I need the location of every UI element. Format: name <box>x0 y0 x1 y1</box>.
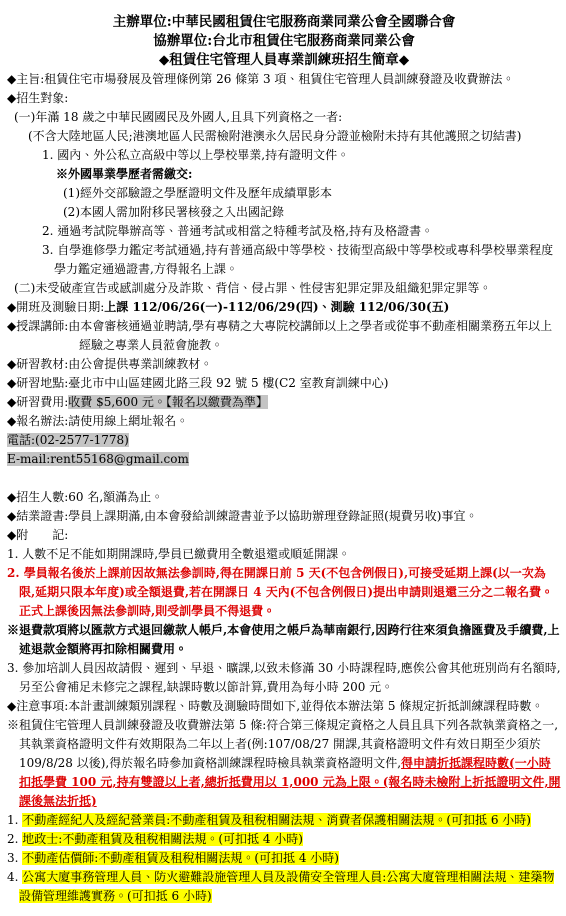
note-3-makeup-class: 3. 參加培訓人員因故請假、遲到、早退、曠課,以致未修滿 30 小時課程時,應俟… <box>7 659 561 697</box>
deduction-item-1: 1. 不動產經紀人及經紀營業員:不動產租賃及租稅相關法規、消費者保護相關法規。(… <box>7 811 561 830</box>
location-line: ◆研習地點:臺北市中山區建國北路三段 92 號 5 樓(C2 室教育訓練中心) <box>7 374 561 393</box>
note-1: 1. 人數不足不能如期開課時,學員已繳費用全數退還或順延開課。 <box>7 545 561 564</box>
deduction-item-text: 地政士:不動產租賃及租稅相關法規。(可扣抵 4 小時) <box>22 832 303 846</box>
deduction-item-text: 不動產經紀人及經紀營業員:不動產租賃及租稅相關法規、消費者保護相關法規。(可扣抵… <box>22 813 531 827</box>
purpose-line: ◆主旨:租賃住宅市場發展及管理條例第 26 條第 3 項、租賃住宅管理人員訓練發… <box>7 70 561 89</box>
co-organizer-line: 協辦單位:台北市租賃住宅服務商業同業公會 <box>7 32 561 51</box>
eligibility-heading: ◆招生對象: <box>7 89 561 108</box>
eligibility-item1: (一)年滿 18 歲之中華民國國民及外國人,且具下列資格之一者: <box>14 108 561 127</box>
certificate-line: ◆結業證書:學員上課期滿,由本會發給訓練證書並予以協助辦理登錄証照(規費另收)事… <box>7 507 561 526</box>
refund-remittance-note: ※退費款項將以匯款方式退回繳款人帳戶,本會使用之帳戶為華南銀行,因跨行往來須負擔… <box>7 621 561 659</box>
registration-line: ◆報名辦法:請使用線上網址報名。 <box>7 412 561 431</box>
capacity-line: ◆招生人數:60 名,額滿為止。 <box>7 488 561 507</box>
phone-line: 電話:(02-2577-1778) <box>7 431 561 450</box>
email-line: E-mail:rent55168@gmail.com <box>7 450 561 469</box>
fee-label: ◆研習費用: <box>7 395 68 409</box>
deduction-item-text: 不動產估價師:不動產租賃及租稅相關法規。(可扣抵 4 小時) <box>22 851 339 865</box>
deduction-item-2: 2. 地政士:不動產租賃及租稅相關法規。(可扣抵 4 小時) <box>7 830 561 849</box>
deduction-item-number: 1. <box>7 813 18 827</box>
phone-number: 電話:(02-2577-1778) <box>7 433 129 447</box>
deduction-item-number: 4. <box>7 870 18 884</box>
attention-line: ◆注意事項:本計畫訓練類別課程、時數及測驗時間如下,並得依本辦法第 5 條規定折… <box>7 697 561 716</box>
eligibility-sub2: 2. 通過考試院舉辦高等、普通考試或相當之特種考試及格,持有及格證書。 <box>42 222 561 241</box>
schedule-line: ◆開班及測驗日期:上課 112/06/26(一)-112/06/29(四)、測驗… <box>7 298 561 317</box>
eligibility-item2: (二)未受破產宣告或感訓處分及詐欺、背信、侵占罪、性侵害犯罪定罪及組織犯罪定罪等… <box>14 279 561 298</box>
deduction-item-number: 2. <box>7 832 18 846</box>
deduction-item-text: 公寓大廈事務管理人員、防火避難設施管理人員及設備安全管理人員:公寓大廈管理相關法… <box>19 870 554 903</box>
instructors-line: ◆授課講師:由本會審核通過並聘請,學有專精之大專院校講師以上之學者或從事不動產相… <box>7 317 561 355</box>
eligibility-item1-note: (不含大陸地區人民;港澳地區人民需檢附港澳永久居民身分證並檢附未持有其他護照之切… <box>28 127 561 146</box>
eligibility-sub3: 3. 自學進修學力鑑定考試通過,持有普通高級中等學校、技術型高級中等學校或專科學… <box>42 241 561 279</box>
page-title: ◆租賃住宅管理人員專業訓練班招生簡章◆ <box>7 51 561 70</box>
foreign-credential-heading: ※外國畢業學歷者需繳交: <box>56 165 561 184</box>
eligibility-sub1: 1. 國內、外公私立高級中等以上學校畢業,持有證明文件。 <box>42 146 561 165</box>
article5-paragraph: ※租賃住宅管理人員訓練發證及收費辦法第 5 條:符合第三條規定資格之人員且具下列… <box>7 716 561 811</box>
note-2-refund-policy: 2. 學員報名後於上課前因故無法參訓時,得在開課日前 5 天(不包含例假日),可… <box>7 564 561 621</box>
materials-line: ◆研習教材:由公會提供專業訓練教材。 <box>7 355 561 374</box>
email-address: E-mail:rent55168@gmail.com <box>7 452 189 466</box>
fee-line: ◆研習費用:收費 $5,600 元。【報名以繳費為準】 <box>7 393 561 412</box>
foreign-credential-item2: (2)本國人需加附移民署核發之入出國記錄 <box>63 203 561 222</box>
blank-line <box>7 469 561 488</box>
fee-amount-highlight: 收費 $5,600 元。【報名以繳費為準】 <box>68 395 268 409</box>
notes-heading: ◆附 記: <box>7 526 561 545</box>
foreign-credential-item1: (1)經外交部驗證之學歷證明文件及歷年成績單影本 <box>63 184 561 203</box>
organizer-line: 主辦單位:中華民國租賃住宅服務商業同業公會全國聯合會 <box>7 13 561 32</box>
deduction-item-4: 4. 公寓大廈事務管理人員、防火避難設施管理人員及設備安全管理人員:公寓大廈管理… <box>7 868 561 906</box>
deduction-item-number: 3. <box>7 851 18 865</box>
deduction-item-3: 3. 不動產估價師:不動產租賃及租稅相關法規。(可扣抵 4 小時) <box>7 849 561 868</box>
schedule-dates: 上課 112/06/26(一)-112/06/29(四)、測驗 112/06/3… <box>104 300 449 314</box>
training-announcement-document: 主辦單位:中華民國租賃住宅服務商業同業公會全國聯合會 協辦單位:台北市租賃住宅服… <box>0 0 566 916</box>
schedule-label: ◆開班及測驗日期: <box>7 300 104 314</box>
